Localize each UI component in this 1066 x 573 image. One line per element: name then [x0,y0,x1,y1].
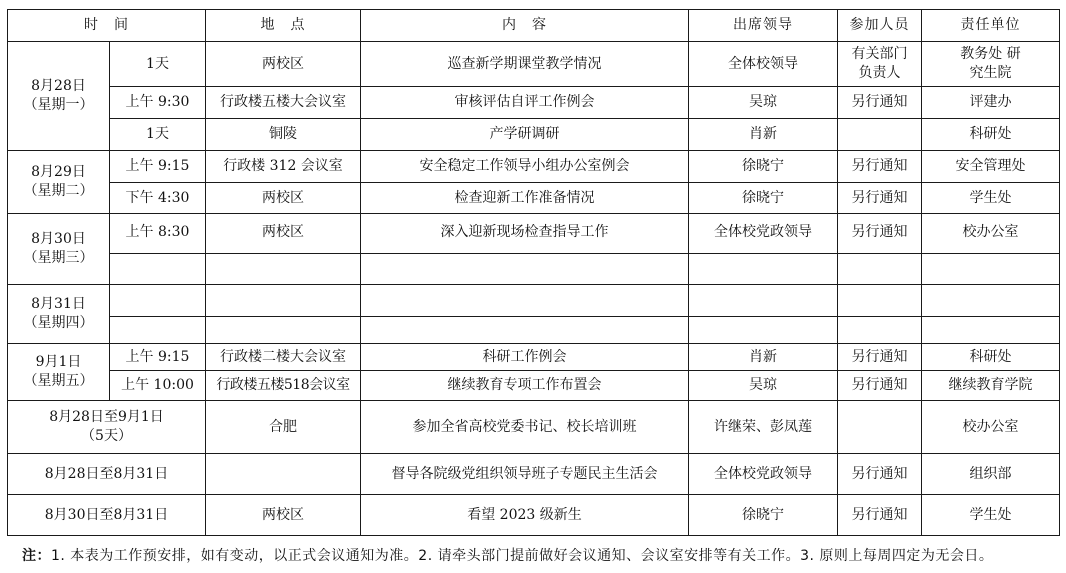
attendees-cell [838,317,922,344]
content-cell: 参加全省高校党委书记、校长培训班 [361,401,689,454]
header-attendees: 参加人员 [838,10,922,42]
table-row: 8月29日 （星期二） 上午 9:15 行政楼 312 会议室 安全稳定工作领导… [8,151,1060,183]
header-place: 地 点 [206,10,361,42]
attendees-cell [838,119,922,151]
table-row: 8月30日 （星期三） 上午 8:30 两校区 深入迎新现场检查指导工作 全体校… [8,214,1060,254]
content-cell [361,317,689,344]
unit-cell: 继续教育学院 [922,371,1060,401]
leader-cell: 全体校党政领导 [689,214,838,254]
unit-cell: 组织部 [922,454,1060,495]
table-row: 9月1日 （星期五） 上午 9:15 行政楼二楼大会议室 科研工作例会 肖新 另… [8,344,1060,371]
time-cell: 下午 4:30 [110,183,206,214]
attendees-cell: 另行通知 [838,371,922,401]
unit-cell: 科研处 [922,344,1060,371]
unit-cell [922,285,1060,317]
period-cell: 8月30日至8月31日 [8,495,206,536]
weekday: （星期一） [24,97,94,113]
schedule-table: 时 间 地 点 内 容 出席领导 参加人员 责任单位 8月28日 （星期一） 1… [7,9,1060,536]
content-cell: 巡查新学期课堂教学情况 [361,42,689,87]
date-cell: 9月1日 （星期五） [8,344,110,401]
attendees-cell: 另行通知 [838,344,922,371]
unit-cell: 评建办 [922,87,1060,119]
attendees-cell: 有关部门 负责人 [838,42,922,87]
time-cell: 上午 9:30 [110,87,206,119]
weekday: （星期三） [24,250,94,266]
table-row: 8月28日至8月31日 督导各院级党组织领导班子专题民主生活会 全体校党政领导 … [8,454,1060,495]
date: 8月31日 [31,296,86,312]
content-cell: 检查迎新工作准备情况 [361,183,689,214]
leader-cell [689,285,838,317]
leader-cell [689,254,838,285]
attendees-cell [838,285,922,317]
attendees-cell: 另行通知 [838,214,922,254]
place-cell: 行政楼五楼518会议室 [206,371,361,401]
leader-cell: 肖新 [689,119,838,151]
content-cell: 安全稳定工作领导小组办公室例会 [361,151,689,183]
time-cell: 上午 9:15 [110,344,206,371]
leader-cell: 全体校党政领导 [689,454,838,495]
place-cell: 行政楼二楼大会议室 [206,344,361,371]
place-cell: 合肥 [206,401,361,454]
date-cell: 8月30日 （星期三） [8,214,110,285]
table-row [8,254,1060,285]
attendees-cell [838,401,922,454]
unit-cell: 学生处 [922,183,1060,214]
table-row [8,317,1060,344]
attendees-cell: 另行通知 [838,454,922,495]
content-cell: 看望 2023 级新生 [361,495,689,536]
time-cell [110,285,206,317]
attendees-cell: 另行通知 [838,495,922,536]
table-row: 上午 9:30 行政楼五楼大会议室 审核评估自评工作例会 吴琼 另行通知 评建办 [8,87,1060,119]
attendees-cell: 另行通知 [838,183,922,214]
leader-cell: 全体校领导 [689,42,838,87]
time-cell [110,254,206,285]
attendees-cell: 另行通知 [838,151,922,183]
unit-cell: 校办公室 [922,401,1060,454]
table-row: 8月31日 （星期四） [8,285,1060,317]
leader-cell: 吴琼 [689,371,838,401]
footnote-label: 注： [22,548,51,564]
unit-cell: 学生处 [922,495,1060,536]
table-row: 下午 4:30 两校区 检查迎新工作准备情况 徐晓宁 另行通知 学生处 [8,183,1060,214]
content-cell: 审核评估自评工作例会 [361,87,689,119]
date: 8月30日 [31,231,86,247]
date-cell: 8月28日 （星期一） [8,42,110,151]
place-cell: 行政楼五楼大会议室 [206,87,361,119]
period-cell: 8月28日至9月1日 （5天） [8,401,206,454]
date-cell: 8月31日 （星期四） [8,285,110,344]
attendees-cell [838,254,922,285]
table-row: 8月30日至8月31日 两校区 看望 2023 级新生 徐晓宁 另行通知 学生处 [8,495,1060,536]
table-row: 8月28日 （星期一） 1天 两校区 巡查新学期课堂教学情况 全体校领导 有关部… [8,42,1060,87]
leader-cell: 吴琼 [689,87,838,119]
header-row: 时 间 地 点 内 容 出席领导 参加人员 责任单位 [8,10,1060,42]
place-cell: 两校区 [206,183,361,214]
header-unit: 责任单位 [922,10,1060,42]
table-row: 1天 铜陵 产学研调研 肖新 科研处 [8,119,1060,151]
unit-cell: 科研处 [922,119,1060,151]
date: 8月28日 [31,78,86,94]
place-cell [206,454,361,495]
leader-cell [689,317,838,344]
date: 8月29日 [31,164,86,180]
unit-cell: 校办公室 [922,214,1060,254]
time-cell: 上午 8:30 [110,214,206,254]
header-leader: 出席领导 [689,10,838,42]
table-row: 8月28日至9月1日 （5天） 合肥 参加全省高校党委书记、校长培训班 许继荣、… [8,401,1060,454]
table-row: 上午 10:00 行政楼五楼518会议室 继续教育专项工作布置会 吴琼 另行通知… [8,371,1060,401]
period: 8月28日至9月1日 [49,409,164,425]
place-cell [206,254,361,285]
content-cell [361,285,689,317]
period-cell: 8月28日至8月31日 [8,454,206,495]
place-cell: 两校区 [206,42,361,87]
place-cell: 两校区 [206,495,361,536]
place-cell [206,285,361,317]
place-cell: 行政楼 312 会议室 [206,151,361,183]
content-cell [361,254,689,285]
weekday: （星期五） [24,373,94,389]
attendees-cell: 另行通知 [838,87,922,119]
header-time: 时 间 [8,10,206,42]
leader-cell: 徐晓宁 [689,495,838,536]
time-cell: 上午 9:15 [110,151,206,183]
content-cell: 科研工作例会 [361,344,689,371]
place-cell: 铜陵 [206,119,361,151]
footnote-text: 1. 本表为工作预安排，如有变动，以正式会议通知为准。2. 请牵头部门提前做好会… [51,548,993,564]
content-cell: 继续教育专项工作布置会 [361,371,689,401]
place-cell: 两校区 [206,214,361,254]
content-cell: 督导各院级党组织领导班子专题民主生活会 [361,454,689,495]
unit-cell [922,317,1060,344]
unit-cell: 安全管理处 [922,151,1060,183]
weekday: （星期二） [24,183,94,199]
date: 9月1日 [36,354,82,370]
leader-cell: 徐晓宁 [689,183,838,214]
unit-cell: 教务处 研究生院 [922,42,1060,87]
time-cell: 上午 10:00 [110,371,206,401]
time-cell: 1天 [110,42,206,87]
period-note: （5天） [81,428,132,444]
time-cell [110,317,206,344]
date-cell: 8月29日 （星期二） [8,151,110,214]
time-cell: 1天 [110,119,206,151]
weekday: （星期四） [24,315,94,331]
leader-cell: 许继荣、彭凤莲 [689,401,838,454]
header-content: 内 容 [361,10,689,42]
unit-cell [922,254,1060,285]
content-cell: 深入迎新现场检查指导工作 [361,214,689,254]
footnote: 注：1. 本表为工作预安排，如有变动，以正式会议通知为准。2. 请牵头部门提前做… [22,545,993,565]
leader-cell: 徐晓宁 [689,151,838,183]
content-cell: 产学研调研 [361,119,689,151]
leader-cell: 肖新 [689,344,838,371]
place-cell [206,317,361,344]
